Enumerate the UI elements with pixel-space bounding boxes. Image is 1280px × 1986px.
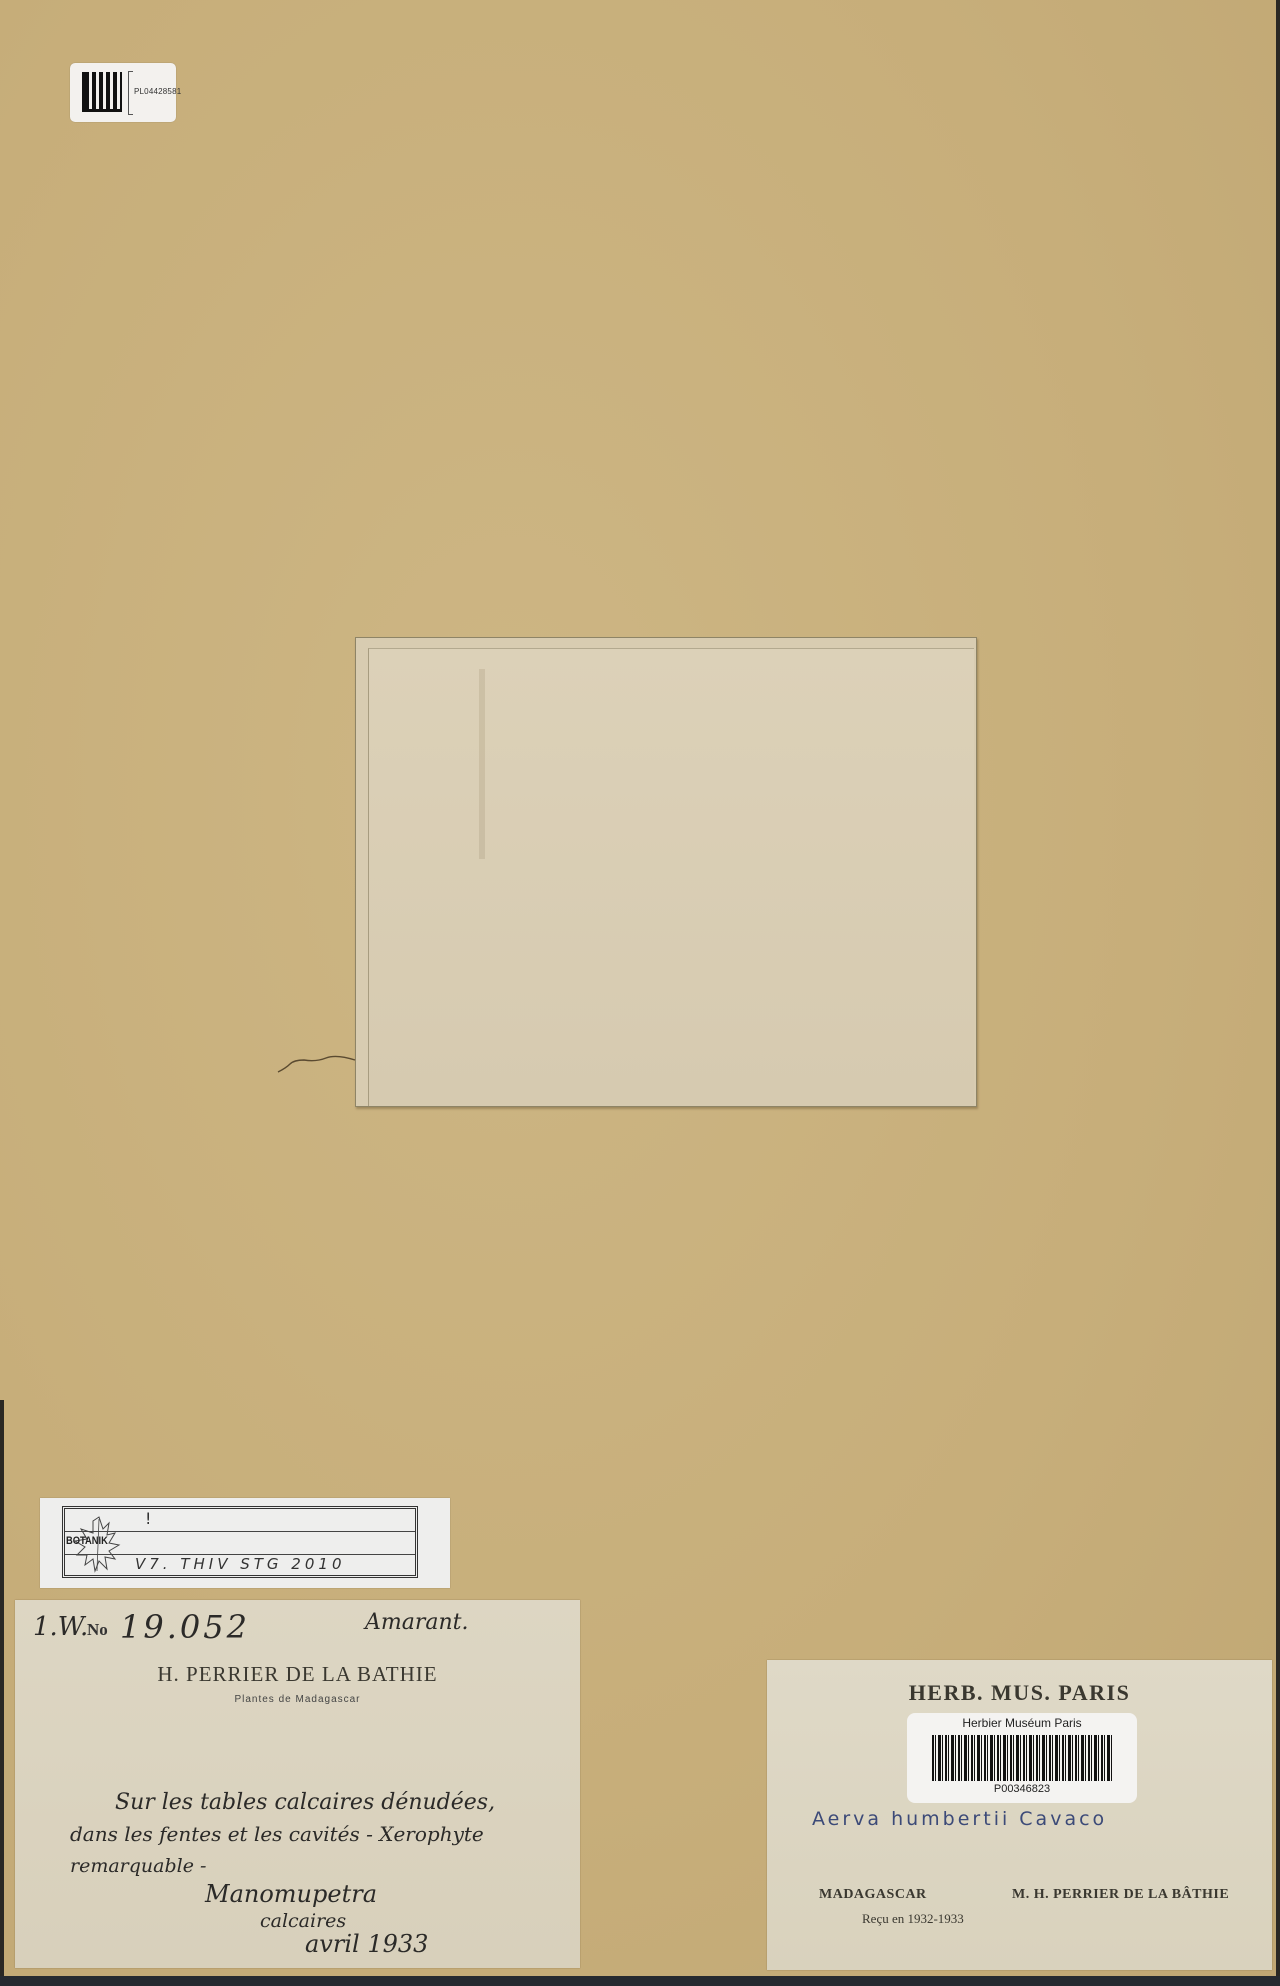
bracket-divider [128, 71, 133, 115]
barcode-sticker: Herbier Muséum Paris P00346823 [907, 1713, 1137, 1803]
collection-prefix: 1.W. [33, 1612, 88, 1642]
museum-title: HERB. MUS. PARIS [767, 1680, 1272, 1706]
botanik-label: BOTANIK ! V7. THIV STG 2010 [40, 1498, 450, 1588]
botanik-frame: BOTANIK ! V7. THIV STG 2010 [62, 1506, 418, 1578]
envelope-flap [368, 648, 974, 1106]
family-name: Amarant. [365, 1610, 469, 1635]
scan-edge-left [0, 1400, 4, 1986]
determination-name: Aerva humbertii Cavaco [812, 1808, 1107, 1830]
barcode-title: Herbier Muséum Paris [907, 1716, 1137, 1730]
habitat-note-line: remarquable - [70, 1855, 206, 1877]
scan-edge-right [1276, 0, 1280, 1986]
revision-note: V7. THIV STG 2010 [135, 1555, 346, 1573]
country: MADAGASCAR [819, 1887, 927, 1903]
datamatrix-sticker: PL04428581 [70, 63, 176, 122]
barcode-icon [932, 1735, 1114, 1781]
specimen-code: PL04428581 [134, 87, 181, 96]
collector-name: M. H. PERRIER DE LA BÂTHIE [1012, 1887, 1229, 1903]
habitat-note-line: dans les fentes et les cavités - Xerophy… [70, 1822, 484, 1846]
barcode-number: P00346823 [907, 1783, 1137, 1795]
collector-subtitle: Plantes de Madagascar [15, 1694, 580, 1705]
museum-label: HERB. MUS. PARIS Herbier Muséum Paris P0… [767, 1660, 1272, 1970]
scan-edge-bottom [0, 1976, 1280, 1986]
confirmation-mark: ! [145, 1509, 151, 1528]
collection-number: 19.052 [120, 1608, 250, 1646]
plant-stem-fragment [276, 1050, 356, 1074]
collector-title: H. PERRIER DE LA BATHIE [15, 1662, 580, 1687]
specimen-envelope [355, 637, 977, 1107]
habitat-note-line: Sur les tables calcaires dénudées, [115, 1790, 495, 1815]
envelope-fold-shadow [479, 669, 485, 859]
number-label: No [87, 1620, 108, 1640]
received-date: Reçu en 1932-1933 [862, 1911, 964, 1927]
substrate-note: calcaires [260, 1910, 346, 1932]
botanik-logo-text: BOTANIK [66, 1535, 108, 1547]
collector-label: 1.W. No 19.052 Amarant. H. PERRIER DE LA… [15, 1600, 580, 1968]
collection-date: avril 1933 [305, 1930, 428, 1958]
locality-note: Manomupetra [205, 1880, 377, 1908]
datamatrix-code-icon [82, 72, 122, 112]
